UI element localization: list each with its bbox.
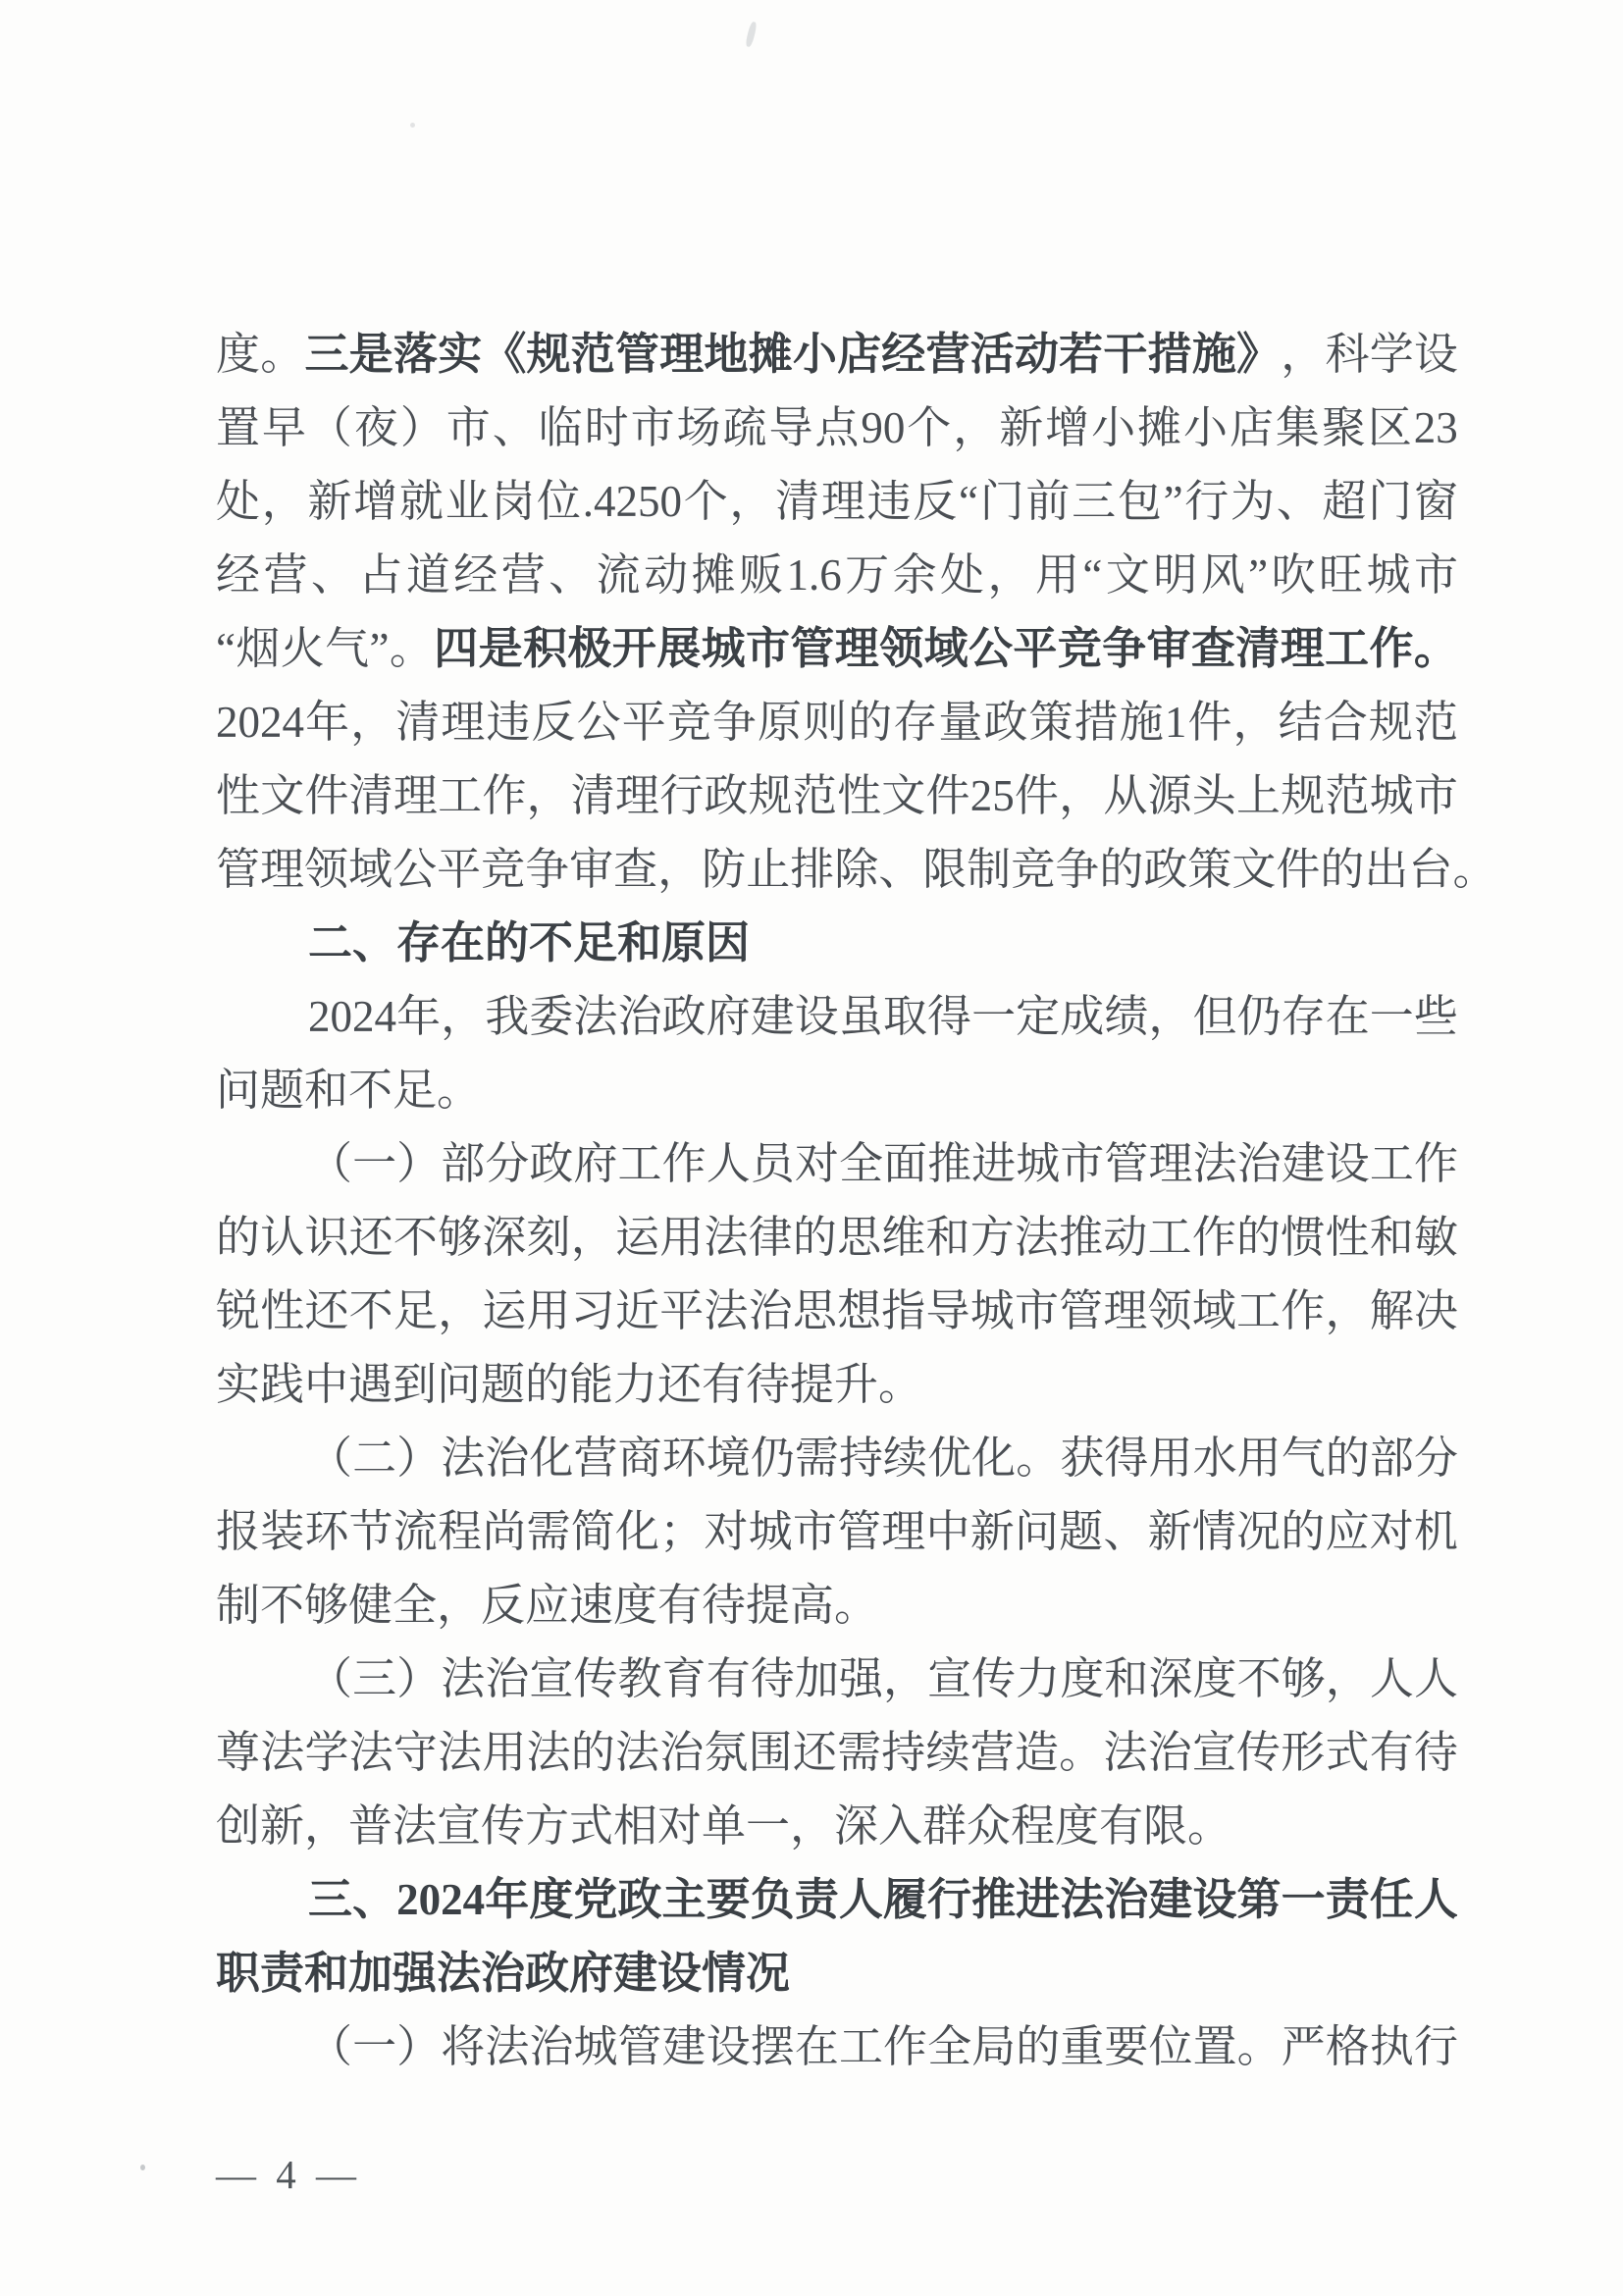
text-run: 主 xyxy=(662,1863,707,1937)
text-run: 排 xyxy=(790,833,834,907)
text-run: 续 xyxy=(883,1422,927,1495)
text-run: 惯 xyxy=(1281,1201,1325,1275)
text-run: .4250 xyxy=(583,465,682,539)
text-run: 就 xyxy=(399,465,444,539)
text-run: 市 xyxy=(793,1495,837,1569)
text-run: 集 xyxy=(1276,391,1320,465)
text-run: 清 xyxy=(349,759,393,833)
text-run: ； xyxy=(659,1495,704,1569)
text-run: 责 xyxy=(1326,1863,1370,1937)
text-run: ， xyxy=(1148,980,1192,1054)
text-run: 理 xyxy=(615,759,659,833)
text-run: 性 xyxy=(837,759,881,833)
text-run: 二、存在的不足和原因 xyxy=(308,918,750,967)
text-run: 持 xyxy=(881,1716,925,1790)
text-run: 用 xyxy=(1148,1422,1192,1495)
text-run: 一 xyxy=(971,980,1016,1054)
text-run: ， xyxy=(441,980,485,1054)
text-run: 年 xyxy=(305,686,349,759)
text-run: 火 xyxy=(281,612,325,686)
text-run: 力 xyxy=(1016,1643,1060,1716)
text-run: 规 xyxy=(1281,759,1325,833)
text-run: ， xyxy=(571,1201,615,1275)
text-run: 、 xyxy=(352,1863,396,1937)
text-run: 1 xyxy=(1165,686,1187,759)
text-run: 法 xyxy=(704,1275,748,1348)
text-line: （二）法治化营商环境仍需持续优化。获得用水用气的部分 xyxy=(216,1422,1458,1495)
text-run: 件 xyxy=(1276,833,1320,907)
text-run: 新 xyxy=(1148,1495,1192,1569)
text-run: 小 xyxy=(1091,391,1135,465)
text-run: 治 xyxy=(529,2010,573,2084)
text-run: 律 xyxy=(749,1201,793,1275)
text-run: 学 xyxy=(304,1716,348,1790)
text-line: 管理领域公平竞争审查，防止排除、限制竞争的政策文件的出台。 xyxy=(216,833,1458,907)
text-run: 不 xyxy=(393,1201,438,1275)
text-run: 导 xyxy=(768,391,812,465)
text-run: 结 xyxy=(1279,686,1323,759)
text-run: 教 xyxy=(618,1643,662,1716)
text-run: 件 xyxy=(926,759,970,833)
text-run: 清 xyxy=(775,465,819,539)
text-run: 问题和不足。 xyxy=(216,1066,481,1115)
text-run: 虽 xyxy=(839,980,883,1054)
text-run: 规 xyxy=(527,318,571,391)
text-run: 实践中遇到问题的能力还有待提升。 xyxy=(216,1360,922,1409)
text-run: “ xyxy=(1082,539,1102,612)
text-run: 将 xyxy=(441,2010,485,2084)
text-run: 营 xyxy=(926,318,970,391)
text-run: 限 xyxy=(922,833,967,907)
text-run: 和 xyxy=(926,1201,970,1275)
text-run: 市 xyxy=(631,391,675,465)
text-run: 需 xyxy=(527,1495,571,1569)
text-run: 策 xyxy=(1029,686,1073,759)
text-run: ） xyxy=(396,2010,441,2084)
text-run: 新 xyxy=(999,391,1043,465)
text-run: 、 xyxy=(311,539,355,612)
text-run: 出 xyxy=(1364,833,1408,907)
text-run: 为 xyxy=(1230,465,1275,539)
text-line: 问题和不足。 xyxy=(216,1054,1458,1127)
text-run: 件 xyxy=(1187,686,1231,759)
text-run: 前 xyxy=(1025,465,1070,539)
text-run: 简 xyxy=(571,1495,615,1569)
text-run: 人 xyxy=(1370,1643,1414,1716)
text-line: 度。三是落实《规范管理地摊小店经营活动若干措施》，科学设 xyxy=(216,318,1458,391)
text-run: 法 xyxy=(1103,1716,1147,1790)
text-run: 人 xyxy=(839,1863,883,1937)
text-run: 件 xyxy=(304,759,348,833)
text-run: 处 xyxy=(940,539,984,612)
text-line: 置早（夜）市、临时市场疏导点90个，新增小摊小店集聚区23 xyxy=(216,391,1458,465)
text-run: 治 xyxy=(1237,1127,1282,1201)
text-run: 导 xyxy=(926,1275,970,1348)
text-run: 理 xyxy=(1281,612,1325,686)
text-run: 性 xyxy=(216,759,260,833)
scan-speck xyxy=(140,2165,145,2170)
text-run: 作 xyxy=(1414,1127,1458,1201)
text-run: 决 xyxy=(1414,1275,1458,1348)
text-run: 和 xyxy=(1104,1643,1148,1716)
text-run: 流 xyxy=(597,539,641,612)
text-run: ， xyxy=(729,465,773,539)
text-run: 原 xyxy=(758,686,802,759)
text-run: 落 xyxy=(393,318,438,391)
text-run: 位 xyxy=(1148,2010,1192,2084)
text-run: 尊 xyxy=(216,1716,260,1790)
text-run: 小 xyxy=(793,318,837,391)
text-run: 识 xyxy=(304,1201,348,1275)
text-run: 中 xyxy=(926,1495,970,1569)
text-run: 性 xyxy=(260,1275,304,1348)
text-run: 行 xyxy=(1414,2010,1458,2084)
text-run: 竞 xyxy=(481,833,525,907)
text-run: 理 xyxy=(393,759,438,833)
text-run: 平 xyxy=(659,1275,704,1348)
text-run: 作 xyxy=(662,1127,707,1201)
text-run: 公 xyxy=(577,686,621,759)
text-run: 的 xyxy=(793,1201,837,1275)
text-line: 创新，普法宣传方式相对单一，深入群众程度有限。 xyxy=(216,1790,1458,1863)
text-run: 行 xyxy=(659,759,704,833)
text-run: 仍 xyxy=(1237,980,1282,1054)
text-run: 管 xyxy=(216,833,260,907)
text-run: 维 xyxy=(881,1201,925,1275)
text-run: 除 xyxy=(834,833,878,907)
text-run: 。 xyxy=(1414,612,1458,686)
text-run: 些 xyxy=(1414,980,1458,1054)
text-run: 人 xyxy=(707,1127,751,1201)
text-run: 用 xyxy=(659,1201,704,1275)
text-run: 合 xyxy=(1324,686,1368,759)
text-run: 行 xyxy=(1184,465,1229,539)
text-run: 员 xyxy=(751,1127,795,1201)
text-run: 尚 xyxy=(482,1495,526,1569)
text-run: 一 xyxy=(352,2010,396,2084)
text-run: 市 xyxy=(1060,1127,1104,1201)
text-run: 店 xyxy=(1230,391,1274,465)
text-run: 全 xyxy=(839,1127,883,1201)
text-run: ， xyxy=(987,539,1031,612)
text-run: 理 xyxy=(835,612,879,686)
text-run: 法 xyxy=(349,1716,393,1790)
text-run: ， xyxy=(883,1643,927,1716)
text-run: 制 xyxy=(967,833,1011,907)
text-run: 2024 xyxy=(308,980,396,1054)
text-run: 还 xyxy=(793,1716,837,1790)
text-run: 摊 xyxy=(1137,391,1181,465)
text-run: 围 xyxy=(749,1716,793,1790)
text-run: 增 xyxy=(1045,391,1089,465)
text-run: 法 xyxy=(441,1643,485,1716)
text-run: 政 xyxy=(529,1127,573,1201)
text-run: 审 xyxy=(1147,612,1191,686)
text-run: 策 xyxy=(1187,833,1231,907)
text-run: 化 xyxy=(971,1422,1016,1495)
text-run: 设 xyxy=(1326,1127,1370,1201)
text-run: 近 xyxy=(615,1275,659,1348)
text-run: 门 xyxy=(1368,465,1412,539)
text-run: 境 xyxy=(707,1422,751,1495)
text-run: 用 xyxy=(527,1275,571,1348)
text-run: 源 xyxy=(1148,759,1192,833)
text-run: 建 xyxy=(751,980,795,1054)
text-run: 的 xyxy=(1099,833,1143,907)
text-run: 的 xyxy=(1320,833,1364,907)
text-run: 管 xyxy=(1059,1275,1103,1348)
text-run: ， xyxy=(527,759,571,833)
text-run: 工 xyxy=(1148,1201,1192,1275)
text-run: 有 xyxy=(707,1643,751,1716)
text-run: 设 xyxy=(707,2010,751,2084)
text-run: 争 xyxy=(525,833,569,907)
text-run: 则 xyxy=(803,686,847,759)
text-run: 工 xyxy=(1236,1275,1281,1348)
text-run: 取 xyxy=(883,980,927,1054)
text-run: 烟 xyxy=(236,612,280,686)
text-run: 管 xyxy=(618,2010,662,2084)
text-run: 范 xyxy=(1325,759,1369,833)
text-run: 《 xyxy=(482,318,526,391)
page-number: — 4 — xyxy=(216,2151,361,2198)
text-run: 治 xyxy=(485,1643,529,1716)
text-line: 锐性还不足，运用习近平法治思想指导城市管理领域工作，解决 xyxy=(216,1275,1458,1348)
text-line: “烟火气”。四是积极开展城市管理领域公平竞争审查清理工作。 xyxy=(216,612,1458,686)
text-run: 25 xyxy=(970,759,1015,833)
text-run: 清 xyxy=(395,686,440,759)
text-run: 政 xyxy=(662,980,707,1054)
text-run: 》 xyxy=(1236,318,1281,391)
text-run: 创新，普法宣传方式相对单一，深入群众程度有限。 xyxy=(216,1801,1231,1851)
text-run: 待 xyxy=(751,1643,795,1716)
text-run: 1.6 xyxy=(786,539,841,612)
text-run: 气 xyxy=(1282,1422,1326,1495)
text-run: 法 xyxy=(1060,1863,1104,1937)
text-run: 管 xyxy=(1104,1127,1148,1201)
text-run: 理 xyxy=(881,1495,925,1569)
text-run: 新 xyxy=(307,465,351,539)
text-run: 个 xyxy=(684,465,728,539)
text-run: 查 xyxy=(1191,612,1235,686)
text-run: 第 xyxy=(1237,1863,1282,1937)
text-run: 指 xyxy=(881,1275,925,1348)
text-run: ， xyxy=(953,391,997,465)
text-run: 度 xyxy=(529,1863,573,1937)
text-run: 的 xyxy=(216,1201,260,1275)
text-run: 锐 xyxy=(216,1275,260,1348)
text-line: 职责和加强法治政府建设情况 xyxy=(216,1937,1458,2010)
text-run: 法 xyxy=(527,1716,571,1790)
text-run: 造 xyxy=(1015,1716,1059,1790)
text-run: 三 xyxy=(352,1643,396,1716)
text-run: 任 xyxy=(1370,1863,1414,1937)
text-run: 工 xyxy=(839,2010,883,2084)
text-run: 存 xyxy=(893,686,937,759)
text-run: 防 xyxy=(702,833,746,907)
text-run: 一 xyxy=(352,1127,396,1201)
text-run: 严 xyxy=(1282,2010,1326,2084)
text-run: 委 xyxy=(529,980,573,1054)
text-run: 府 xyxy=(707,980,751,1054)
text-run: 临 xyxy=(539,391,583,465)
text-run: 窗 xyxy=(1414,465,1458,539)
text-run: 运 xyxy=(482,1275,526,1348)
text-run: ） xyxy=(396,1422,441,1495)
text-run: 余 xyxy=(893,539,937,612)
text-run: 工 xyxy=(1370,1127,1414,1201)
text-run: 治 xyxy=(1104,1863,1148,1937)
text-run: 范 xyxy=(1414,686,1458,759)
text-run: 商 xyxy=(618,1422,662,1495)
text-run: 人 xyxy=(1414,1643,1458,1716)
text-run: 深 xyxy=(1148,1643,1192,1716)
text-run: 公 xyxy=(393,833,437,907)
text-run: 全 xyxy=(927,2010,971,2084)
text-run: 、 xyxy=(1277,465,1321,539)
text-run: 的 xyxy=(1281,1495,1325,1569)
text-run: 三 xyxy=(308,1863,352,1937)
text-run: 守 xyxy=(393,1716,438,1790)
text-run: 年 xyxy=(485,1863,529,1937)
text-run: 应 xyxy=(1325,1495,1369,1569)
text-run: 局 xyxy=(971,2010,1016,2084)
text-run: 要 xyxy=(1104,2010,1148,2084)
text-run: 措 xyxy=(1148,318,1192,391)
text-run: 占 xyxy=(358,539,402,612)
text-run: 、 xyxy=(1103,1495,1147,1569)
text-run: 积 xyxy=(523,612,567,686)
text-run: 年 xyxy=(396,980,441,1054)
text-run: 经 xyxy=(881,318,925,391)
text-run: 推 xyxy=(971,1863,1016,1937)
text-run: 装 xyxy=(260,1495,304,1569)
text-run: 设 xyxy=(1192,1863,1236,1937)
text-run: 范 xyxy=(571,318,615,391)
text-line: 实践中遇到问题的能力还有待提升。 xyxy=(216,1348,1458,1422)
text-line: 报装环节流程尚需简化；对城市管理中新问题、新情况的应对机 xyxy=(216,1495,1458,1569)
text-run: 施 xyxy=(1120,686,1164,759)
text-run: 职责和加强法治政府建设情况 xyxy=(216,1949,790,1998)
text-line: 经营、占道经营、流动摊贩1.6万余处，用“文明风”吹旺城市 xyxy=(216,539,1458,612)
text-run: 重 xyxy=(1060,2010,1104,2084)
text-run: 置 xyxy=(1193,2010,1237,2084)
text-run: 法 xyxy=(1015,1201,1059,1275)
text-run: 个 xyxy=(907,391,951,465)
text-run: 岗 xyxy=(491,465,535,539)
text-run: 领 xyxy=(879,612,923,686)
text-run: 够 xyxy=(438,1201,482,1275)
text-run: 人 xyxy=(1414,1863,1458,1937)
text-run: 化 xyxy=(529,1422,573,1495)
text-run: 城 xyxy=(1370,759,1414,833)
text-run: 分 xyxy=(485,1127,529,1201)
text-run: 设 xyxy=(1414,318,1458,391)
text-run: （ xyxy=(308,1643,352,1716)
text-run: 作 xyxy=(1192,1201,1236,1275)
text-run: 机 xyxy=(1414,1495,1458,1569)
text-run: 履 xyxy=(883,1863,927,1937)
text-run: 用 xyxy=(1035,539,1079,612)
text-run: 市 xyxy=(1414,759,1458,833)
text-run: 建 xyxy=(1282,1127,1326,1201)
text-run: 止 xyxy=(746,833,790,907)
text-run: 运 xyxy=(615,1201,659,1275)
text-run: 得 xyxy=(1104,1422,1148,1495)
text-run: 工 xyxy=(1325,612,1369,686)
text-run: 气 xyxy=(325,612,369,686)
text-run: 争 xyxy=(1102,612,1146,686)
text-run: 持 xyxy=(839,1422,883,1495)
text-run: 三 xyxy=(304,318,348,391)
text-run: 的 xyxy=(571,1716,615,1790)
text-run: 敏 xyxy=(1414,1201,1458,1275)
text-run: （ xyxy=(308,1422,352,1495)
text-run: 况 xyxy=(1236,1495,1281,1569)
text-run: 对 xyxy=(704,1495,748,1569)
text-run: 和 xyxy=(1370,1201,1414,1275)
text-run: 设 xyxy=(795,980,839,1054)
text-run: 规 xyxy=(749,759,793,833)
text-run: 责 xyxy=(795,1863,839,1937)
text-run: 水 xyxy=(1193,1422,1237,1495)
text-run: 绩 xyxy=(1104,980,1148,1054)
text-run: 作 xyxy=(1369,612,1413,686)
text-run: 市 xyxy=(1015,1275,1059,1348)
text-run: 位 xyxy=(537,465,581,539)
text-run: 摆 xyxy=(751,2010,795,2084)
text-run: 性 xyxy=(1325,1201,1369,1275)
text-line: （三）法治宣传教育有待加强，宣传力度和深度不够，人人 xyxy=(216,1643,1458,1716)
text-run: 营 xyxy=(573,1422,617,1495)
text-run: 不 xyxy=(349,1275,393,1348)
text-run: 增 xyxy=(353,465,397,539)
text-run: 法 xyxy=(441,1422,485,1495)
text-run: 加 xyxy=(795,1643,839,1716)
text-run: 的 xyxy=(1016,2010,1060,2084)
text-run: 干 xyxy=(1103,318,1147,391)
text-run: 违 xyxy=(486,686,530,759)
text-run: 治 xyxy=(617,980,661,1054)
text-run: 点 xyxy=(814,391,859,465)
text-run: 我 xyxy=(485,980,529,1054)
text-run: 形 xyxy=(1281,1716,1325,1790)
text-run: 获 xyxy=(1060,1422,1104,1495)
text-line: 制不够健全，反应速度有待提高。 xyxy=(216,1569,1458,1643)
text-run: 推 xyxy=(927,1127,971,1201)
text-line: （一）将法治城管建设摆在工作全局的重要位置。严格执行 xyxy=(216,2010,1458,2084)
text-run: 法 xyxy=(485,2010,529,2084)
text-run: 部 xyxy=(1370,1422,1414,1495)
text-run: ” xyxy=(1164,465,1183,539)
text-run: 时 xyxy=(585,391,629,465)
text-run: 宣 xyxy=(927,1643,971,1716)
text-run: 域 xyxy=(1192,1275,1236,1348)
text-run: 分 xyxy=(1414,1422,1458,1495)
text-run: 小 xyxy=(1183,391,1228,465)
text-run: 城 xyxy=(702,612,746,686)
text-line: 尊法学法守法用法的法治氛围还需持续营造。法治宣传形式有待 xyxy=(216,1716,1458,1790)
text-run: 理 xyxy=(659,318,704,391)
text-run: 要 xyxy=(707,1863,751,1937)
text-run: 文 xyxy=(260,759,304,833)
text-run: 党 xyxy=(573,1863,617,1937)
text-run: （ xyxy=(308,391,352,465)
text-run: 管 xyxy=(615,318,659,391)
text-run: 理 xyxy=(821,465,865,539)
text-run: 道 xyxy=(406,539,450,612)
text-run: 式 xyxy=(1325,1716,1369,1790)
